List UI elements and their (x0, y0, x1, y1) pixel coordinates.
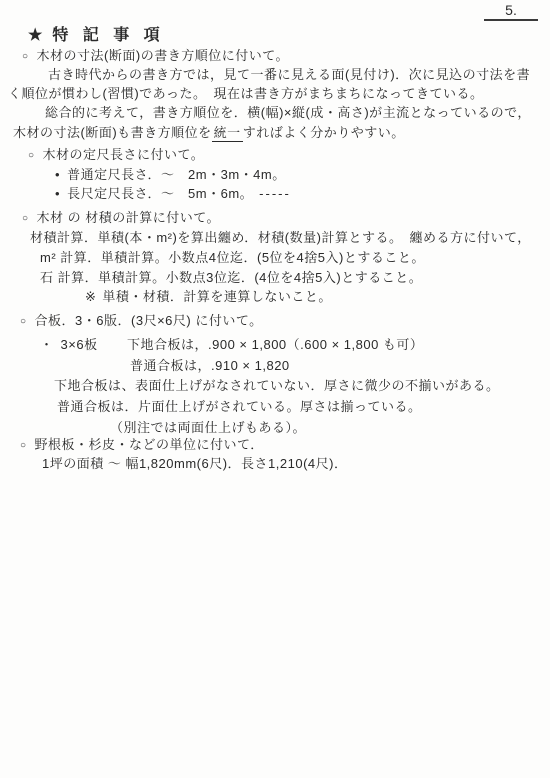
middle-dot-bullet-icon: ・ (40, 337, 54, 353)
paragraph-line: 材積計算．単積(本・m²)を算出纏め．材積(数量)計算とする。 纏める方に付いて… (30, 230, 531, 246)
page-title: ★特 記 事 項 (28, 26, 165, 45)
underlined-word: 統一 (212, 125, 243, 142)
plywood-item-label: ・3×6板 (40, 337, 98, 353)
section-roofing-units-heading: ○野根板・杉皮・などの単位に付いて． (20, 437, 264, 453)
section-volume-calc-heading: ○木材 の 材積の計算に付いて。 (22, 210, 220, 226)
scanned-note-page: 5. ★特 記 事 項 ○木材の寸法(断面)の書き方順位に付いて。 古き時代から… (0, 0, 550, 778)
list-item-text: 普通定尺長さ．～ 2m・3m・4m。 (67, 167, 286, 182)
section-standard-length-heading: ○木材の定尺長さに付いて。 (28, 147, 204, 163)
list-item-text: 長尺定尺長さ．～ 5m・6m。 (67, 186, 253, 201)
circle-bullet-icon: ○ (20, 440, 27, 452)
circle-bullet-icon: ○ (28, 150, 35, 162)
plywood-normal-panel-size: 普通合板は，.910 × 1,820 (130, 358, 290, 374)
dot-bullet-icon: • (55, 186, 60, 202)
paragraph-text: すればよく分かりやすい。 (243, 125, 405, 140)
circle-bullet-icon: ○ (22, 213, 29, 225)
paragraph-line: m² 計算．単積計算。小数点4位迄．(5位を4捨5入)とすること。 (40, 250, 425, 266)
circle-bullet-icon: ○ (22, 51, 29, 63)
reference-mark-icon: ※ (85, 289, 96, 304)
paragraph-line: 古き時代からの書き方では，見て一番に見える面(見付け)．次に見込の寸法を書 (48, 67, 530, 83)
section-heading-text: 木材 の 材積の計算に付いて。 (37, 210, 220, 225)
page-title-text: 特 記 事 項 (52, 27, 164, 44)
plywood-base-note: 下地合板は、表面仕上げがなされていない．厚さに微少の不揃いがある。 (54, 378, 500, 394)
note-text: 単積・材積．計算を連算しないこと。 (102, 289, 332, 304)
paragraph-text: 木材の寸法(断面)も書き方順位を (13, 125, 212, 140)
paragraph-line: く順位が慣わし(習慣)であった。 現在は書き方がまちまちになってきている。 (8, 86, 484, 102)
section-heading-text: 合板．3・6版．(3尺×6尺) に付いて。 (35, 313, 263, 328)
paragraph-line-with-underline: 木材の寸法(断面)も書き方順位を統一すればよく分かりやすい。 (13, 125, 405, 141)
section-dimension-order-heading: ○木材の寸法(断面)の書き方順位に付いて。 (22, 48, 289, 64)
paragraph-line: 総合的に考えて，書き方順位を．横(幅)×縦(成・高さ)が主流となっているので， (45, 105, 531, 121)
plywood-normal-note: 普通合板は．片面仕上げがされている。厚さは揃っている。 (57, 399, 422, 415)
note-line: ※単積・材積．計算を連算しないこと。 (85, 289, 332, 305)
roofing-units-detail: 1坪の面積 ～ 幅1,820mm(6尺)．長さ1,210(4尺)． (42, 456, 347, 472)
page-number: 5. (484, 2, 538, 21)
circle-bullet-icon: ○ (20, 316, 27, 328)
dot-bullet-icon: • (55, 167, 60, 183)
section-heading-text: 木材の定尺長さに付いて。 (43, 147, 205, 162)
section-heading-text: 野根板・杉皮・などの単位に付いて． (35, 437, 264, 452)
section-heading-text: 木材の寸法(断面)の書き方順位に付いて。 (37, 48, 289, 63)
list-item: •長尺定尺長さ．～ 5m・6m。----- (55, 186, 291, 202)
list-item: •普通定尺長さ．～ 2m・3m・4m。 (55, 167, 286, 183)
trailing-dashes: ----- (259, 186, 291, 201)
section-plywood-heading: ○合板．3・6版．(3尺×6尺) に付いて。 (20, 313, 263, 329)
star-icon: ★ (28, 27, 42, 44)
paragraph-line: 石 計算．単積計算。小数点3位迄．(4位を4捨5入)とすること。 (40, 270, 422, 286)
plywood-size-label: 3×6板 (61, 337, 98, 352)
plywood-base-panel-size: 下地合板は，.900 × 1,800（.600 × 1,800 も可） (127, 337, 423, 353)
plywood-custom-note: （別注では両面仕上げもある）。 (110, 420, 306, 436)
